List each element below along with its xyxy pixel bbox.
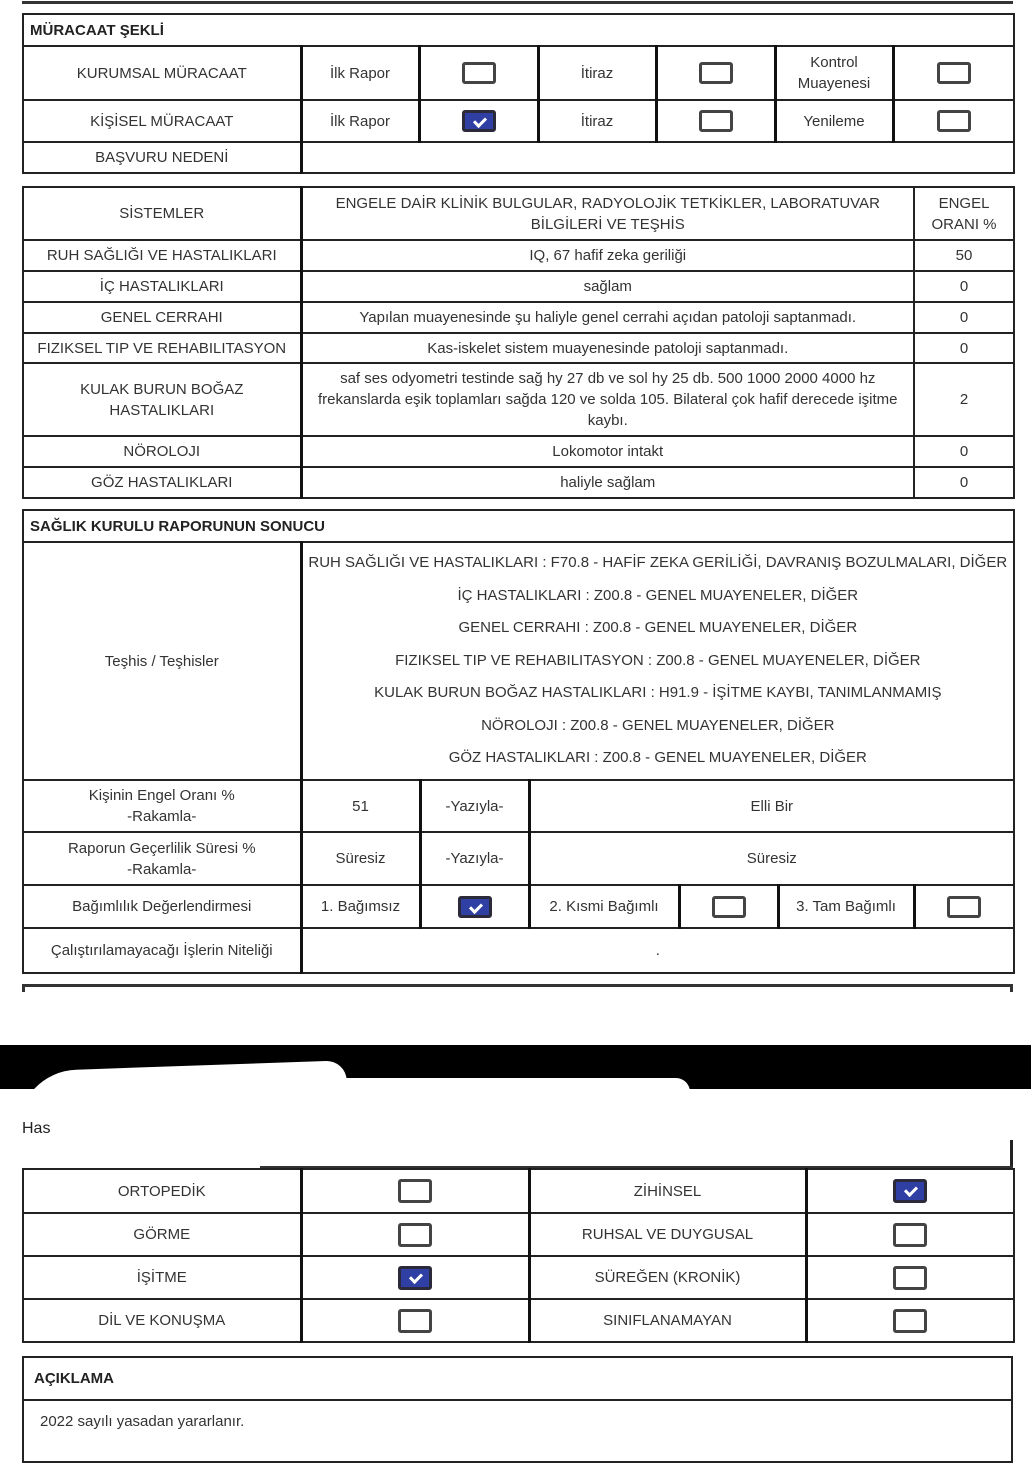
written-label: -Yazıyla- <box>420 832 529 885</box>
category-row: ORTOPEDİK ZİHİNSEL <box>23 1169 1014 1213</box>
system-findings: Kas-iskelet sistem muayenesinde patoloji… <box>301 333 914 363</box>
diagnosis-item: RUH SAĞLIĞI VE HASTALIKLARI : F70.8 - HA… <box>303 547 1014 580</box>
option-label: Kontrol Muayenesi <box>775 46 893 100</box>
section-title: MÜRACAAT ŞEKLİ <box>23 14 1014 46</box>
checkbox-speech[interactable] <box>398 1309 432 1333</box>
checkbox-institutional-control-exam[interactable] <box>937 62 971 84</box>
system-name: İÇ HASTALIKLARI <box>23 271 301 302</box>
system-row: KULAK BURUN BOĞAZ HASTALIKLARI saf ses o… <box>23 363 1014 436</box>
partial-label: Has <box>22 1120 50 1138</box>
category-row: GÖRME RUHSAL VE DUYGUSAL <box>23 1213 1014 1256</box>
header-findings: ENGELE DAİR KLİNİK BULGULAR, RADYOLOJİK … <box>301 187 914 240</box>
checkbox-personal-first-report[interactable] <box>462 110 496 132</box>
system-row: NÖROLOJI Lokomotor intakt 0 <box>23 436 1014 467</box>
checkbox-hearing[interactable] <box>398 1266 432 1290</box>
system-rate: 0 <box>914 436 1014 467</box>
checkbox-partially-dependent[interactable] <box>712 896 746 918</box>
category-label: RUHSAL VE DUYGUSAL <box>529 1213 806 1256</box>
validity-label: Raporun Geçerlilik Süresi % -Rakamla- <box>23 832 301 885</box>
system-findings: haliyle sağlam <box>301 467 914 498</box>
option-label: Yenileme <box>775 100 893 142</box>
category-label: İŞİTME <box>23 1256 301 1299</box>
system-findings: saf ses odyometri testinde sağ hy 27 db … <box>301 363 914 436</box>
category-label: SINIFLANAMAYAN <box>529 1299 806 1342</box>
application-row-personal: KİŞİSEL MÜRACAAT İlk Rapor İtiraz Yenile… <box>23 100 1014 142</box>
checkbox-personal-objection[interactable] <box>699 110 733 132</box>
systems-table: SİSTEMLER ENGELE DAİR KLİNİK BULGULAR, R… <box>22 186 1015 499</box>
diagnosis-item: GÖZ HASTALIKLARI : Z00.8 - GENEL MUAYENE… <box>303 742 1014 775</box>
option-label: İtiraz <box>538 100 656 142</box>
disability-rate-numeric: 51 <box>301 780 420 832</box>
checkbox-personal-renewal[interactable] <box>937 110 971 132</box>
checkbox-mental[interactable] <box>893 1179 927 1203</box>
row-label: KİŞİSEL MÜRACAAT <box>23 100 301 142</box>
disability-rate-written: Elli Bir <box>529 780 1014 832</box>
category-row: DİL VE KONUŞMA SINIFLANAMAYAN <box>23 1299 1014 1342</box>
section-title: AÇIKLAMA <box>23 1357 1012 1400</box>
redaction-blob <box>260 1078 690 1148</box>
option-label: İlk Rapor <box>301 46 419 100</box>
diagnosis-item: KULAK BURUN BOĞAZ HASTALIKLARI : H91.9 -… <box>303 677 1014 710</box>
category-label: GÖRME <box>23 1213 301 1256</box>
checkbox-orthopedic[interactable] <box>398 1179 432 1203</box>
system-name: RUH SAĞLIĞI VE HASTALIKLARI <box>23 240 301 271</box>
system-findings: IQ, 67 hafif zeka geriliği <box>301 240 914 271</box>
checkbox-institutional-objection[interactable] <box>699 62 733 84</box>
diagnosis-label: Teşhis / Teşhisler <box>23 542 301 780</box>
dependency-option-label: 3. Tam Bağımlı <box>778 885 914 928</box>
system-name: KULAK BURUN BOĞAZ HASTALIKLARI <box>23 363 301 436</box>
category-row: İŞİTME SÜREĞEN (KRONİK) <box>23 1256 1014 1299</box>
disability-rate-row: Kişinin Engel Oranı % -Rakamla- 51 -Yazı… <box>23 780 1014 832</box>
diagnosis-item: FIZIKSEL TIP VE REHABILITASYON : Z00.8 -… <box>303 645 1014 678</box>
written-label: -Yazıyla- <box>420 780 529 832</box>
system-name: FIZIKSEL TIP VE REHABILITASYON <box>23 333 301 363</box>
application-row-institutional: KURUMSAL MÜRACAAT İlk Rapor İtiraz Kontr… <box>23 46 1014 100</box>
categories-table: ORTOPEDİK ZİHİNSEL GÖRME RUHSAL VE DUYGU… <box>22 1168 1015 1343</box>
validity-written: Süresiz <box>529 832 1014 885</box>
system-rate: 0 <box>914 333 1014 363</box>
dependency-label: Bağımlılık Değerlendirmesi <box>23 885 301 928</box>
unworkable-value: . <box>301 928 1014 973</box>
application-type-table: MÜRACAAT ŞEKLİ KURUMSAL MÜRACAAT İlk Rap… <box>22 13 1015 174</box>
system-row: FIZIKSEL TIP VE REHABILITASYON Kas-iskel… <box>23 333 1014 363</box>
diagnosis-item: GENEL CERRAHI : Z00.8 - GENEL MUAYENELER… <box>303 612 1014 645</box>
system-findings: Lokomotor intakt <box>301 436 914 467</box>
system-name: GENEL CERRAHI <box>23 302 301 333</box>
checkbox-institutional-first-report[interactable] <box>462 62 496 84</box>
reason-value <box>301 142 1014 173</box>
checkbox-psychological[interactable] <box>893 1223 927 1247</box>
page-top-border <box>22 0 1013 4</box>
system-findings: Yapılan muayenesinde şu haliyle genel ce… <box>301 302 914 333</box>
result-table: SAĞLIK KURULU RAPORUNUN SONUCU Teşhis / … <box>22 509 1015 974</box>
checkbox-chronic[interactable] <box>893 1266 927 1290</box>
system-rate: 0 <box>914 302 1014 333</box>
dependency-row: Bağımlılık Değerlendirmesi 1. Bağımsız 2… <box>23 885 1014 928</box>
disability-rate-label: Kişinin Engel Oranı % -Rakamla- <box>23 780 301 832</box>
option-label: İtiraz <box>538 46 656 100</box>
diagnosis-list: RUH SAĞLIĞI VE HASTALIKLARI : F70.8 - HA… <box>301 542 1014 780</box>
checkbox-fully-dependent[interactable] <box>947 896 981 918</box>
system-rate: 0 <box>914 271 1014 302</box>
section-title: SAĞLIK KURULU RAPORUNUN SONUCU <box>23 510 1014 542</box>
validity-row: Raporun Geçerlilik Süresi % -Rakamla- Sü… <box>23 832 1014 885</box>
header-rate: ENGEL ORANI % <box>914 187 1014 240</box>
unworkable-label: Çalıştırılamayacağı İşlerin Niteliği <box>23 928 301 973</box>
system-row: GÖZ HASTALIKLARI haliyle sağlam 0 <box>23 467 1014 498</box>
system-rate: 0 <box>914 467 1014 498</box>
header-systems: SİSTEMLER <box>23 187 301 240</box>
explanation-table: AÇIKLAMA 2022 sayılı yasadan yararlanır. <box>22 1356 1013 1463</box>
system-rate: 2 <box>914 363 1014 436</box>
system-row: GENEL CERRAHI Yapılan muayenesinde şu ha… <box>23 302 1014 333</box>
checkbox-independent[interactable] <box>458 896 492 918</box>
diagnosis-item: İÇ HASTALIKLARI : Z00.8 - GENEL MUAYENEL… <box>303 580 1014 613</box>
category-label: SÜREĞEN (KRONİK) <box>529 1256 806 1299</box>
system-row: RUH SAĞLIĞI VE HASTALIKLARI IQ, 67 hafif… <box>23 240 1014 271</box>
dependency-option-label: 1. Bağımsız <box>301 885 420 928</box>
system-rate: 50 <box>914 240 1014 271</box>
dependency-option-label: 2. Kısmi Bağımlı <box>529 885 679 928</box>
next-section-border <box>22 984 1013 992</box>
system-row: İÇ HASTALIKLARI sağlam 0 <box>23 271 1014 302</box>
system-findings: sağlam <box>301 271 914 302</box>
checkbox-unclassified[interactable] <box>893 1309 927 1333</box>
row-label: KURUMSAL MÜRACAAT <box>23 46 301 100</box>
checkbox-vision[interactable] <box>398 1223 432 1247</box>
system-name: GÖZ HASTALIKLARI <box>23 467 301 498</box>
diagnosis-item: NÖROLOJI : Z00.8 - GENEL MUAYENELER, DİĞ… <box>303 710 1014 743</box>
explanation-text: 2022 sayılı yasadan yararlanır. <box>23 1400 1012 1462</box>
category-label: ORTOPEDİK <box>23 1169 301 1213</box>
reason-label: BAŞVURU NEDENİ <box>23 142 301 173</box>
category-label: DİL VE KONUŞMA <box>23 1299 301 1342</box>
validity-numeric: Süresiz <box>301 832 420 885</box>
system-name: NÖROLOJI <box>23 436 301 467</box>
category-label: ZİHİNSEL <box>529 1169 806 1213</box>
option-label: İlk Rapor <box>301 100 419 142</box>
